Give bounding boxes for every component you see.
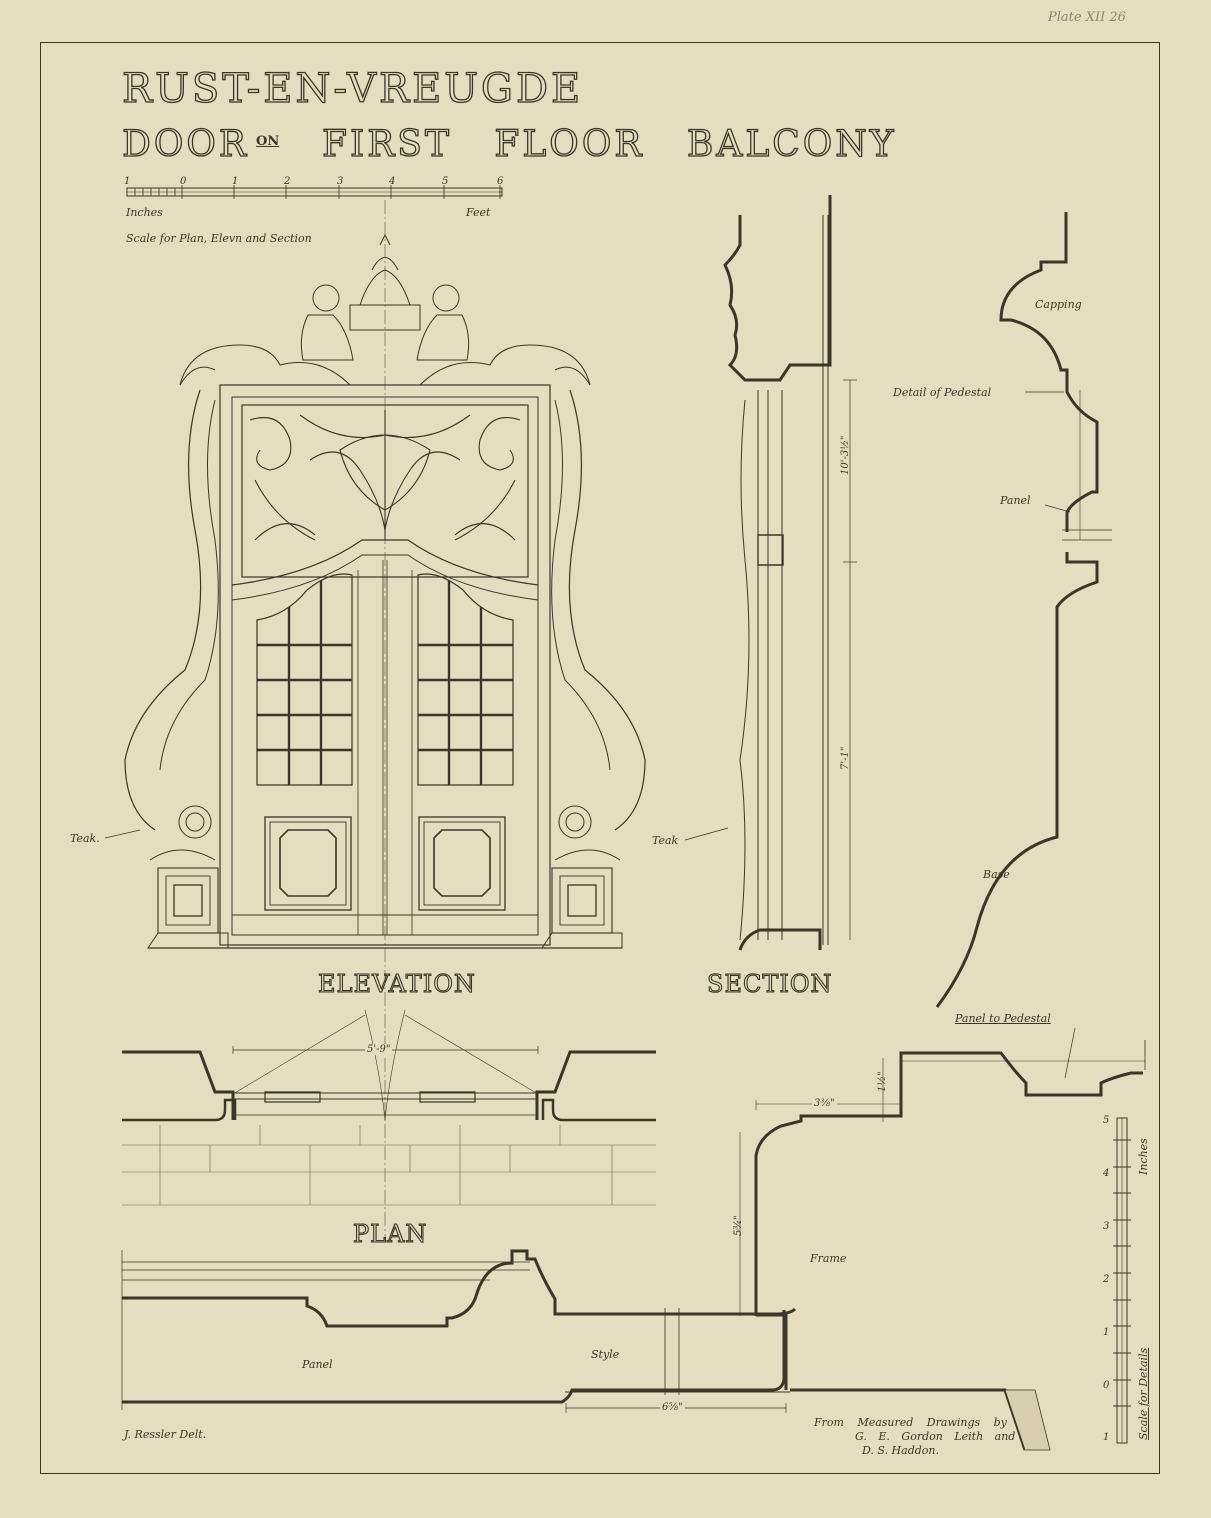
teak-label-right: Teak — [652, 834, 678, 847]
scale-tick: 1 — [232, 176, 238, 187]
detail-scale-tick: 3 — [1103, 1221, 1109, 1232]
detail-scale-tick: 4 — [1103, 1168, 1109, 1179]
detail-scale-tick: 5 — [1103, 1115, 1109, 1126]
detail-scale-tick: 0 — [1103, 1380, 1109, 1391]
frame-label: Frame — [810, 1252, 846, 1265]
scale-inches-label: Inches — [126, 206, 163, 219]
detail-scale-tick: 2 — [1103, 1274, 1109, 1285]
panel-label-upper: Panel — [1000, 494, 1031, 507]
delineator-credit: J. Ressler Delt. — [124, 1428, 206, 1441]
drawing-sheet: Plate XII 26 RUST-EN-VREUGDE DOOR ON FIR… — [0, 0, 1211, 1518]
frame-dim-height: 5¾" — [733, 1215, 744, 1236]
plan-caption: PLAN — [353, 1220, 427, 1248]
scale-tick: 2 — [284, 176, 290, 187]
scale-feet-label: Feet — [466, 206, 490, 219]
credits-line-1: From Measured Drawings by — [814, 1416, 1007, 1429]
teak-label-left: Teak. — [70, 832, 100, 845]
detail-scale-caption: Scale for Details — [1137, 1348, 1150, 1440]
detail-dim-width: 3⅜" — [812, 1098, 837, 1109]
scale-tick: 3 — [337, 176, 343, 187]
scale-tick: 0 — [180, 176, 186, 187]
elevation-caption: ELEVATION — [318, 970, 476, 998]
scale-tick: 1 — [124, 176, 130, 187]
detail-dim-height: 1½" — [877, 1071, 888, 1092]
detail-scale-tick: 1 — [1103, 1432, 1109, 1443]
detail-scale-unit: Inches — [1137, 1138, 1150, 1175]
scale-tick: 6 — [497, 176, 503, 187]
base-label: Base — [983, 868, 1010, 881]
panel-to-pedestal-label: Panel to Pedestal — [955, 1012, 1051, 1025]
scale-caption: Scale for Plan, Elevn and Section — [126, 232, 312, 245]
detail-of-pedestal-label: Detail of Pedestal — [893, 386, 991, 399]
detail-scale-tick: 1 — [1103, 1327, 1109, 1338]
section-dim-lower: 7'-1" — [840, 747, 851, 770]
credits-line-2: G. E. Gordon Leith and — [855, 1430, 1015, 1443]
plan-dim-width: 5'-9" — [365, 1044, 392, 1055]
section-dim-upper: 10'-3½" — [840, 435, 851, 475]
scale-tick: 4 — [389, 176, 395, 187]
section-caption: SECTION — [707, 970, 833, 998]
style-dim-width: 6⅝" — [660, 1402, 685, 1413]
panel-label-plan: Panel — [302, 1358, 333, 1371]
capping-label: Capping — [1035, 298, 1082, 311]
credits-line-3: D. S. Haddon. — [862, 1444, 939, 1457]
drawing-linework — [0, 0, 1211, 1518]
scale-tick: 5 — [442, 176, 448, 187]
style-label: Style — [591, 1348, 619, 1361]
